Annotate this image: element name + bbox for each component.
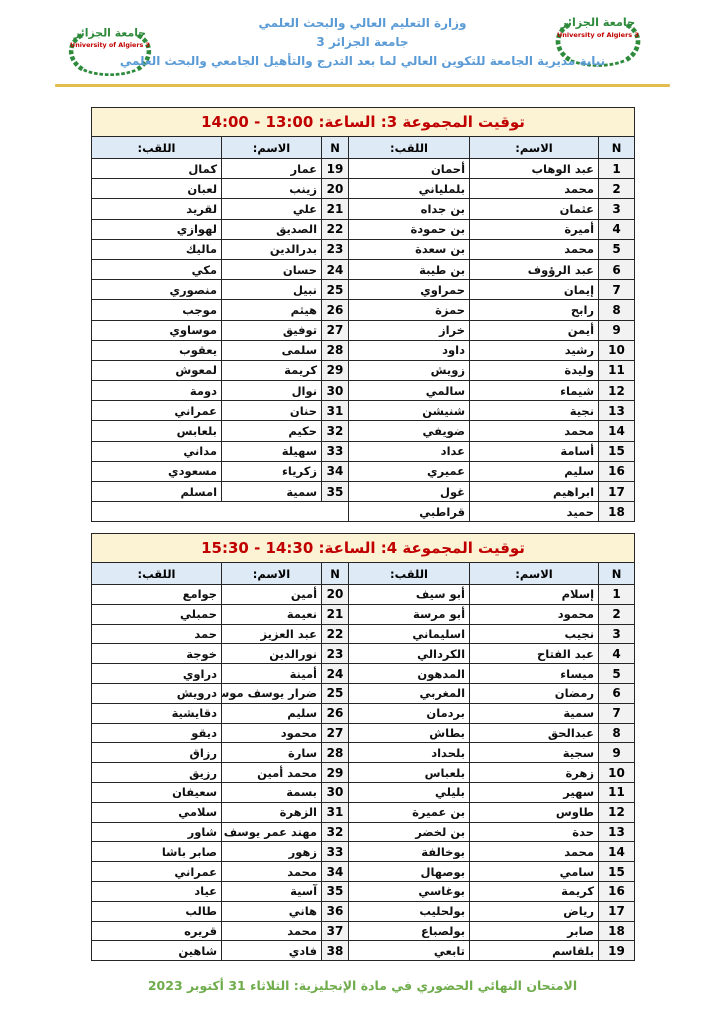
table-row: 12طاوسبن عميرة31الزهرةسلامي [92,802,635,822]
first-name-cell: أمينة [222,664,322,684]
last-name-cell: بن لخضر [349,822,470,842]
table-row: 12شيماءسالمي30نوالدومة [92,381,635,401]
index-cell: 4 [599,644,635,664]
index-cell: 35 [322,482,349,502]
index-cell: 34 [322,461,349,481]
first-name-cell: هيثم [222,300,322,320]
table-row: 10زهرةبلعباس29محمد أمينرزيق [92,763,635,783]
group-4-rows: 1إسلامأبو سيف20أمينجوامع2محمودأبو مرسة21… [92,585,635,961]
last-name-cell: شاور [92,822,222,842]
first-name-cell: حسان [222,259,322,279]
table-row: 18حميدقراطبي [92,502,635,522]
index-cell: 18 [599,502,635,522]
last-name-cell: سعيفان [92,782,222,802]
exam-date-note: الامتحان النهائي الحضوري في مادة الإنجلي… [0,978,725,993]
first-name-cell: ضرار يوسف موسى [222,683,322,703]
last-name-cell: داود [349,340,470,360]
group-3-section: توقيت المجموعة 3: الساعة: 13:00 - 14:00 … [91,107,634,522]
first-name-cell: رياض [470,901,599,921]
index-cell: 38 [322,941,349,961]
first-name-cell: عبد العزيز [222,624,322,644]
first-name-cell: زكرياء [222,461,322,481]
first-name-cell: توفيق [222,320,322,340]
first-name-cell: عبدالحق [470,723,599,743]
group-3-table: توقيت المجموعة 3: الساعة: 13:00 - 14:00 … [91,107,635,522]
index-cell: 21 [322,199,349,219]
index-cell: 24 [322,664,349,684]
first-name-cell: صابر [470,921,599,941]
col-header-surname: اللقب: [349,563,470,585]
index-cell: 19 [599,941,635,961]
last-name-cell: اسليماني [349,624,470,644]
first-name-cell: فادي [222,941,322,961]
last-name-cell: بلعابس [92,421,222,441]
first-name-cell: محمود [222,723,322,743]
last-name-cell: ديقو [92,723,222,743]
index-cell: 36 [322,901,349,921]
index-cell: 12 [599,381,635,401]
last-name-cell: يعقوب [92,340,222,360]
index-cell: 10 [599,763,635,783]
last-name-cell: امسلم [92,482,222,502]
last-name-cell: عميري [349,461,470,481]
group-4-section: توقيت المجموعة 4: الساعة: 14:30 - 15:30 … [91,533,634,961]
first-name-cell: وليدة [470,360,599,380]
group-3-rows: 1عبد الوهابأحمان19عماركمال2محمدبلملياني2… [92,159,635,522]
table-row: 7إيمانحمراوي25نبيلمنصوري [92,280,635,300]
index-cell: 33 [322,441,349,461]
index-cell: 3 [599,199,635,219]
index-cell: 23 [322,644,349,664]
table-row: 7سميةبردمان26سليمدقايشية [92,703,635,723]
empty-cell [92,502,349,522]
index-cell: 9 [599,743,635,763]
last-name-cell: عمراني [92,401,222,421]
first-name-cell: أميرة [470,219,599,239]
index-cell: 19 [322,159,349,179]
first-name-cell: أمين [222,585,322,605]
first-name-cell: نجيب [470,624,599,644]
first-name-cell: سهيلة [222,441,322,461]
index-cell: 15 [599,862,635,882]
last-name-cell: لقريد [92,199,222,219]
group-4-title: توقيت المجموعة 4: الساعة: 14:30 - 15:30 [92,534,635,563]
index-cell: 26 [322,703,349,723]
ministry-title: وزارة التعليم العالي والبحث العلمي [0,14,725,33]
index-cell: 10 [599,340,635,360]
last-name-cell: بوخالفة [349,842,470,862]
last-name-cell: زويش [349,360,470,380]
first-name-cell: رمضان [470,683,599,703]
last-name-cell: بلملياني [349,179,470,199]
last-name-cell: بليلي [349,782,470,802]
col-header-surname: اللقب: [349,137,470,159]
table-row: 17رياضبولحليب36هانيطالب [92,901,635,921]
index-cell: 31 [322,802,349,822]
last-name-cell: دومة [92,381,222,401]
first-name-cell: رابح [470,300,599,320]
last-name-cell: مكي [92,259,222,279]
table-row: 8عبدالحقبطاش27محمودديقو [92,723,635,743]
index-cell: 9 [599,320,635,340]
column-header-row: N الاسم: اللقب: N الاسم: اللقب: [92,563,635,585]
last-name-cell: بطاش [349,723,470,743]
index-cell: 25 [322,280,349,300]
col-header-n: N [322,137,349,159]
index-cell: 20 [322,585,349,605]
last-name-cell: بولصباع [349,921,470,941]
index-cell: 16 [599,881,635,901]
index-cell: 16 [599,461,635,481]
index-cell: 27 [322,723,349,743]
table-row: 2محمودأبو مرسة21نعيمةحمبلي [92,604,635,624]
last-name-cell: سالمي [349,381,470,401]
first-name-cell: كريمة [222,360,322,380]
index-cell: 31 [322,401,349,421]
table-row: 8رابححمزة26هيثمموجب [92,300,635,320]
index-cell: 13 [599,822,635,842]
table-title-row: توقيت المجموعة 4: الساعة: 14:30 - 15:30 [92,534,635,563]
table-row: 17ابراهيمغول35سميةامسلم [92,482,635,502]
table-row: 3نجيباسليماني22عبد العزيزحمد [92,624,635,644]
last-name-cell: بلحداد [349,743,470,763]
index-cell: 32 [322,421,349,441]
index-cell: 24 [322,259,349,279]
index-cell: 13 [599,401,635,421]
last-name-cell: موجب [92,300,222,320]
first-name-cell: إيمان [470,280,599,300]
index-cell: 30 [322,381,349,401]
table-row: 13نجيةشنيشن31حنانعمراني [92,401,635,421]
col-header-surname: اللقب: [92,563,222,585]
index-cell: 6 [599,683,635,703]
first-name-cell: عبد الوهاب [470,159,599,179]
col-header-surname: اللقب: [92,137,222,159]
table-row: 3عثمانبن جداه21عليلقريد [92,199,635,219]
index-cell: 22 [322,624,349,644]
first-name-cell: محمد [470,179,599,199]
first-name-cell: إسلام [470,585,599,605]
index-cell: 18 [599,921,635,941]
first-name-cell: هاني [222,901,322,921]
last-name-cell: شنيشن [349,401,470,421]
first-name-cell: سمية [470,703,599,723]
last-name-cell: خوجة [92,644,222,664]
first-name-cell: عثمان [470,199,599,219]
document-page: جامعة الجزائر University of Algiers 3 جا… [0,0,725,1024]
first-name-cell: شيماء [470,381,599,401]
last-name-cell: بن طيبة [349,259,470,279]
first-name-cell: حدة [470,822,599,842]
index-cell: 8 [599,723,635,743]
first-name-cell: سلمى [222,340,322,360]
last-name-cell: حمراوي [349,280,470,300]
first-name-cell: ميساء [470,664,599,684]
table-row: 5محمدبن سعدة23بدرالدينماليك [92,239,635,259]
letterhead: وزارة التعليم العالي والبحث العلمي جامعة… [0,14,725,72]
first-name-cell: سليم [222,703,322,723]
first-name-cell: عمار [222,159,322,179]
first-name-cell: عبد الفتاح [470,644,599,664]
index-cell: 3 [599,624,635,644]
last-name-cell: أبو سيف [349,585,470,605]
last-name-cell: بولحليب [349,901,470,921]
last-name-cell: مسعودي [92,461,222,481]
first-name-cell: زينب [222,179,322,199]
first-name-cell: محمد [470,842,599,862]
last-name-cell: دقايشية [92,703,222,723]
index-cell: 8 [599,300,635,320]
table-row: 16كريمةبوغاسي35آسيةعياد [92,881,635,901]
table-row: 10رشيدداود28سلمىيعقوب [92,340,635,360]
index-cell: 11 [599,360,635,380]
index-cell: 7 [599,703,635,723]
index-cell: 28 [322,340,349,360]
col-header-n: N [599,137,635,159]
first-name-cell: رشيد [470,340,599,360]
first-name-cell: زهرة [470,763,599,783]
last-name-cell: أحمان [349,159,470,179]
last-name-cell: المغربي [349,683,470,703]
first-name-cell: طاوس [470,802,599,822]
table-row: 19بلقاسمتابعي38فاديشاهين [92,941,635,961]
last-name-cell: قراطبي [349,502,470,522]
col-header-name: الاسم: [222,137,322,159]
index-cell: 6 [599,259,635,279]
index-cell: 33 [322,842,349,862]
index-cell: 2 [599,179,635,199]
table-row: 1عبد الوهابأحمان19عماركمال [92,159,635,179]
last-name-cell: بوصهال [349,862,470,882]
group-3-title: توقيت المجموعة 3: الساعة: 13:00 - 14:00 [92,108,635,137]
first-name-cell: نوال [222,381,322,401]
first-name-cell: آسية [222,881,322,901]
university-title: جامعة الجزائر 3 [0,33,725,52]
index-cell: 21 [322,604,349,624]
index-cell: 26 [322,300,349,320]
col-header-n: N [322,563,349,585]
last-name-cell: المدهون [349,664,470,684]
index-cell: 7 [599,280,635,300]
first-name-cell: علي [222,199,322,219]
index-cell: 28 [322,743,349,763]
last-name-cell: بن حمودة [349,219,470,239]
index-cell: 14 [599,842,635,862]
table-row: 15ساميبوصهال34محمدعمراني [92,862,635,882]
last-name-cell: حمد [92,624,222,644]
table-row: 4أميرةبن حمودة22الصديقلهوازي [92,219,635,239]
first-name-cell: مهند عمر يوسف [222,822,322,842]
col-header-name: الاسم: [470,563,599,585]
last-name-cell: درويش [92,683,222,703]
col-header-name: الاسم: [470,137,599,159]
first-name-cell: محمد [470,239,599,259]
index-cell: 5 [599,664,635,684]
index-cell: 23 [322,239,349,259]
index-cell: 20 [322,179,349,199]
first-name-cell: أيمن [470,320,599,340]
first-name-cell: حميد [470,502,599,522]
last-name-cell: لعبان [92,179,222,199]
first-name-cell: زهور [222,842,322,862]
first-name-cell: سجية [470,743,599,763]
last-name-cell: بردمان [349,703,470,723]
index-cell: 29 [322,360,349,380]
table-row: 2محمدبلملياني20زينبلعبان [92,179,635,199]
table-row: 14محمدبوخالفة33زهورصابر باشا [92,842,635,862]
gold-divider [55,84,670,87]
directorate-title: نيابة مديرية الجامعة للتكوين العالي لما … [0,52,725,71]
index-cell: 32 [322,822,349,842]
table-row: 4عبد الفتاحالكردالي23نورالدينخوجة [92,644,635,664]
first-name-cell: نبيل [222,280,322,300]
first-name-cell: عبد الرؤوف [470,259,599,279]
table-row: 11سهيربليلي30بسمةسعيفان [92,782,635,802]
first-name-cell: حنان [222,401,322,421]
first-name-cell: محمد [222,921,322,941]
last-name-cell: دراوي [92,664,222,684]
first-name-cell: محمد [470,421,599,441]
last-name-cell: منصوري [92,280,222,300]
table-row: 5ميساءالمدهون24أمينةدراوي [92,664,635,684]
first-name-cell: ابراهيم [470,482,599,502]
index-cell: 37 [322,921,349,941]
first-name-cell: كريمة [470,881,599,901]
last-name-cell: بوغاسي [349,881,470,901]
table-row: 9سجيةبلحداد28سارةرزاق [92,743,635,763]
last-name-cell: موساوي [92,320,222,340]
table-row: 11وليدةزويش29كريمةلمعوش [92,360,635,380]
index-cell: 35 [322,881,349,901]
first-name-cell: سامي [470,862,599,882]
index-cell: 2 [599,604,635,624]
index-cell: 25 [322,683,349,703]
last-name-cell: بن سعدة [349,239,470,259]
index-cell: 1 [599,585,635,605]
table-row: 18صابربولصباع37محمدقريره [92,921,635,941]
first-name-cell: سارة [222,743,322,763]
last-name-cell: جوامع [92,585,222,605]
index-cell: 12 [599,802,635,822]
last-name-cell: سلامي [92,802,222,822]
first-name-cell: محمد أمين [222,763,322,783]
index-cell: 29 [322,763,349,783]
index-cell: 1 [599,159,635,179]
last-name-cell: ضويفي [349,421,470,441]
last-name-cell: بن جداه [349,199,470,219]
first-name-cell: سهير [470,782,599,802]
last-name-cell: طالب [92,901,222,921]
table-row: 6رمضانالمغربي25ضرار يوسف موسىدرويش [92,683,635,703]
last-name-cell: قريره [92,921,222,941]
group-4-table: توقيت المجموعة 4: الساعة: 14:30 - 15:30 … [91,533,635,961]
first-name-cell: نعيمة [222,604,322,624]
first-name-cell: حكيم [222,421,322,441]
last-name-cell: لهوازي [92,219,222,239]
first-name-cell: نجية [470,401,599,421]
table-row: 1إسلامأبو سيف20أمينجوامع [92,585,635,605]
last-name-cell: حمبلي [92,604,222,624]
first-name-cell: نورالدين [222,644,322,664]
last-name-cell: كمال [92,159,222,179]
index-cell: 27 [322,320,349,340]
last-name-cell: ماليك [92,239,222,259]
table-row: 14محمدضويفي32حكيمبلعابس [92,421,635,441]
first-name-cell: بلقاسم [470,941,599,961]
col-header-n: N [599,563,635,585]
last-name-cell: صابر باشا [92,842,222,862]
first-name-cell: الصديق [222,219,322,239]
first-name-cell: أسامة [470,441,599,461]
table-row: 9أيمنخراز27توفيقموساوي [92,320,635,340]
index-cell: 11 [599,782,635,802]
last-name-cell: مداني [92,441,222,461]
last-name-cell: عمراني [92,862,222,882]
index-cell: 4 [599,219,635,239]
first-name-cell: سمية [222,482,322,502]
last-name-cell: رزيق [92,763,222,783]
first-name-cell: سليم [470,461,599,481]
last-name-cell: بن عميرة [349,802,470,822]
table-row: 6عبد الرؤوفبن طيبة24حسانمكي [92,259,635,279]
index-cell: 17 [599,482,635,502]
table-row: 13حدةبن لخضر32مهند عمر يوسفشاور [92,822,635,842]
index-cell: 14 [599,421,635,441]
first-name-cell: محمود [470,604,599,624]
col-header-name: الاسم: [222,563,322,585]
last-name-cell: أبو مرسة [349,604,470,624]
first-name-cell: الزهرة [222,802,322,822]
last-name-cell: حمزة [349,300,470,320]
last-name-cell: بلعباس [349,763,470,783]
index-cell: 22 [322,219,349,239]
table-title-row: توقيت المجموعة 3: الساعة: 13:00 - 14:00 [92,108,635,137]
last-name-cell: غول [349,482,470,502]
last-name-cell: الكردالي [349,644,470,664]
last-name-cell: تابعي [349,941,470,961]
column-header-row: N الاسم: اللقب: N الاسم: اللقب: [92,137,635,159]
last-name-cell: عياد [92,881,222,901]
last-name-cell: عداد [349,441,470,461]
last-name-cell: رزاق [92,743,222,763]
index-cell: 17 [599,901,635,921]
table-row: 15أسامةعداد33سهيلةمداني [92,441,635,461]
first-name-cell: محمد [222,862,322,882]
index-cell: 30 [322,782,349,802]
first-name-cell: بسمة [222,782,322,802]
index-cell: 34 [322,862,349,882]
last-name-cell: خراز [349,320,470,340]
index-cell: 15 [599,441,635,461]
first-name-cell: بدرالدين [222,239,322,259]
last-name-cell: لمعوش [92,360,222,380]
table-row: 16سليمعميري34زكرياءمسعودي [92,461,635,481]
index-cell: 5 [599,239,635,259]
last-name-cell: شاهين [92,941,222,961]
